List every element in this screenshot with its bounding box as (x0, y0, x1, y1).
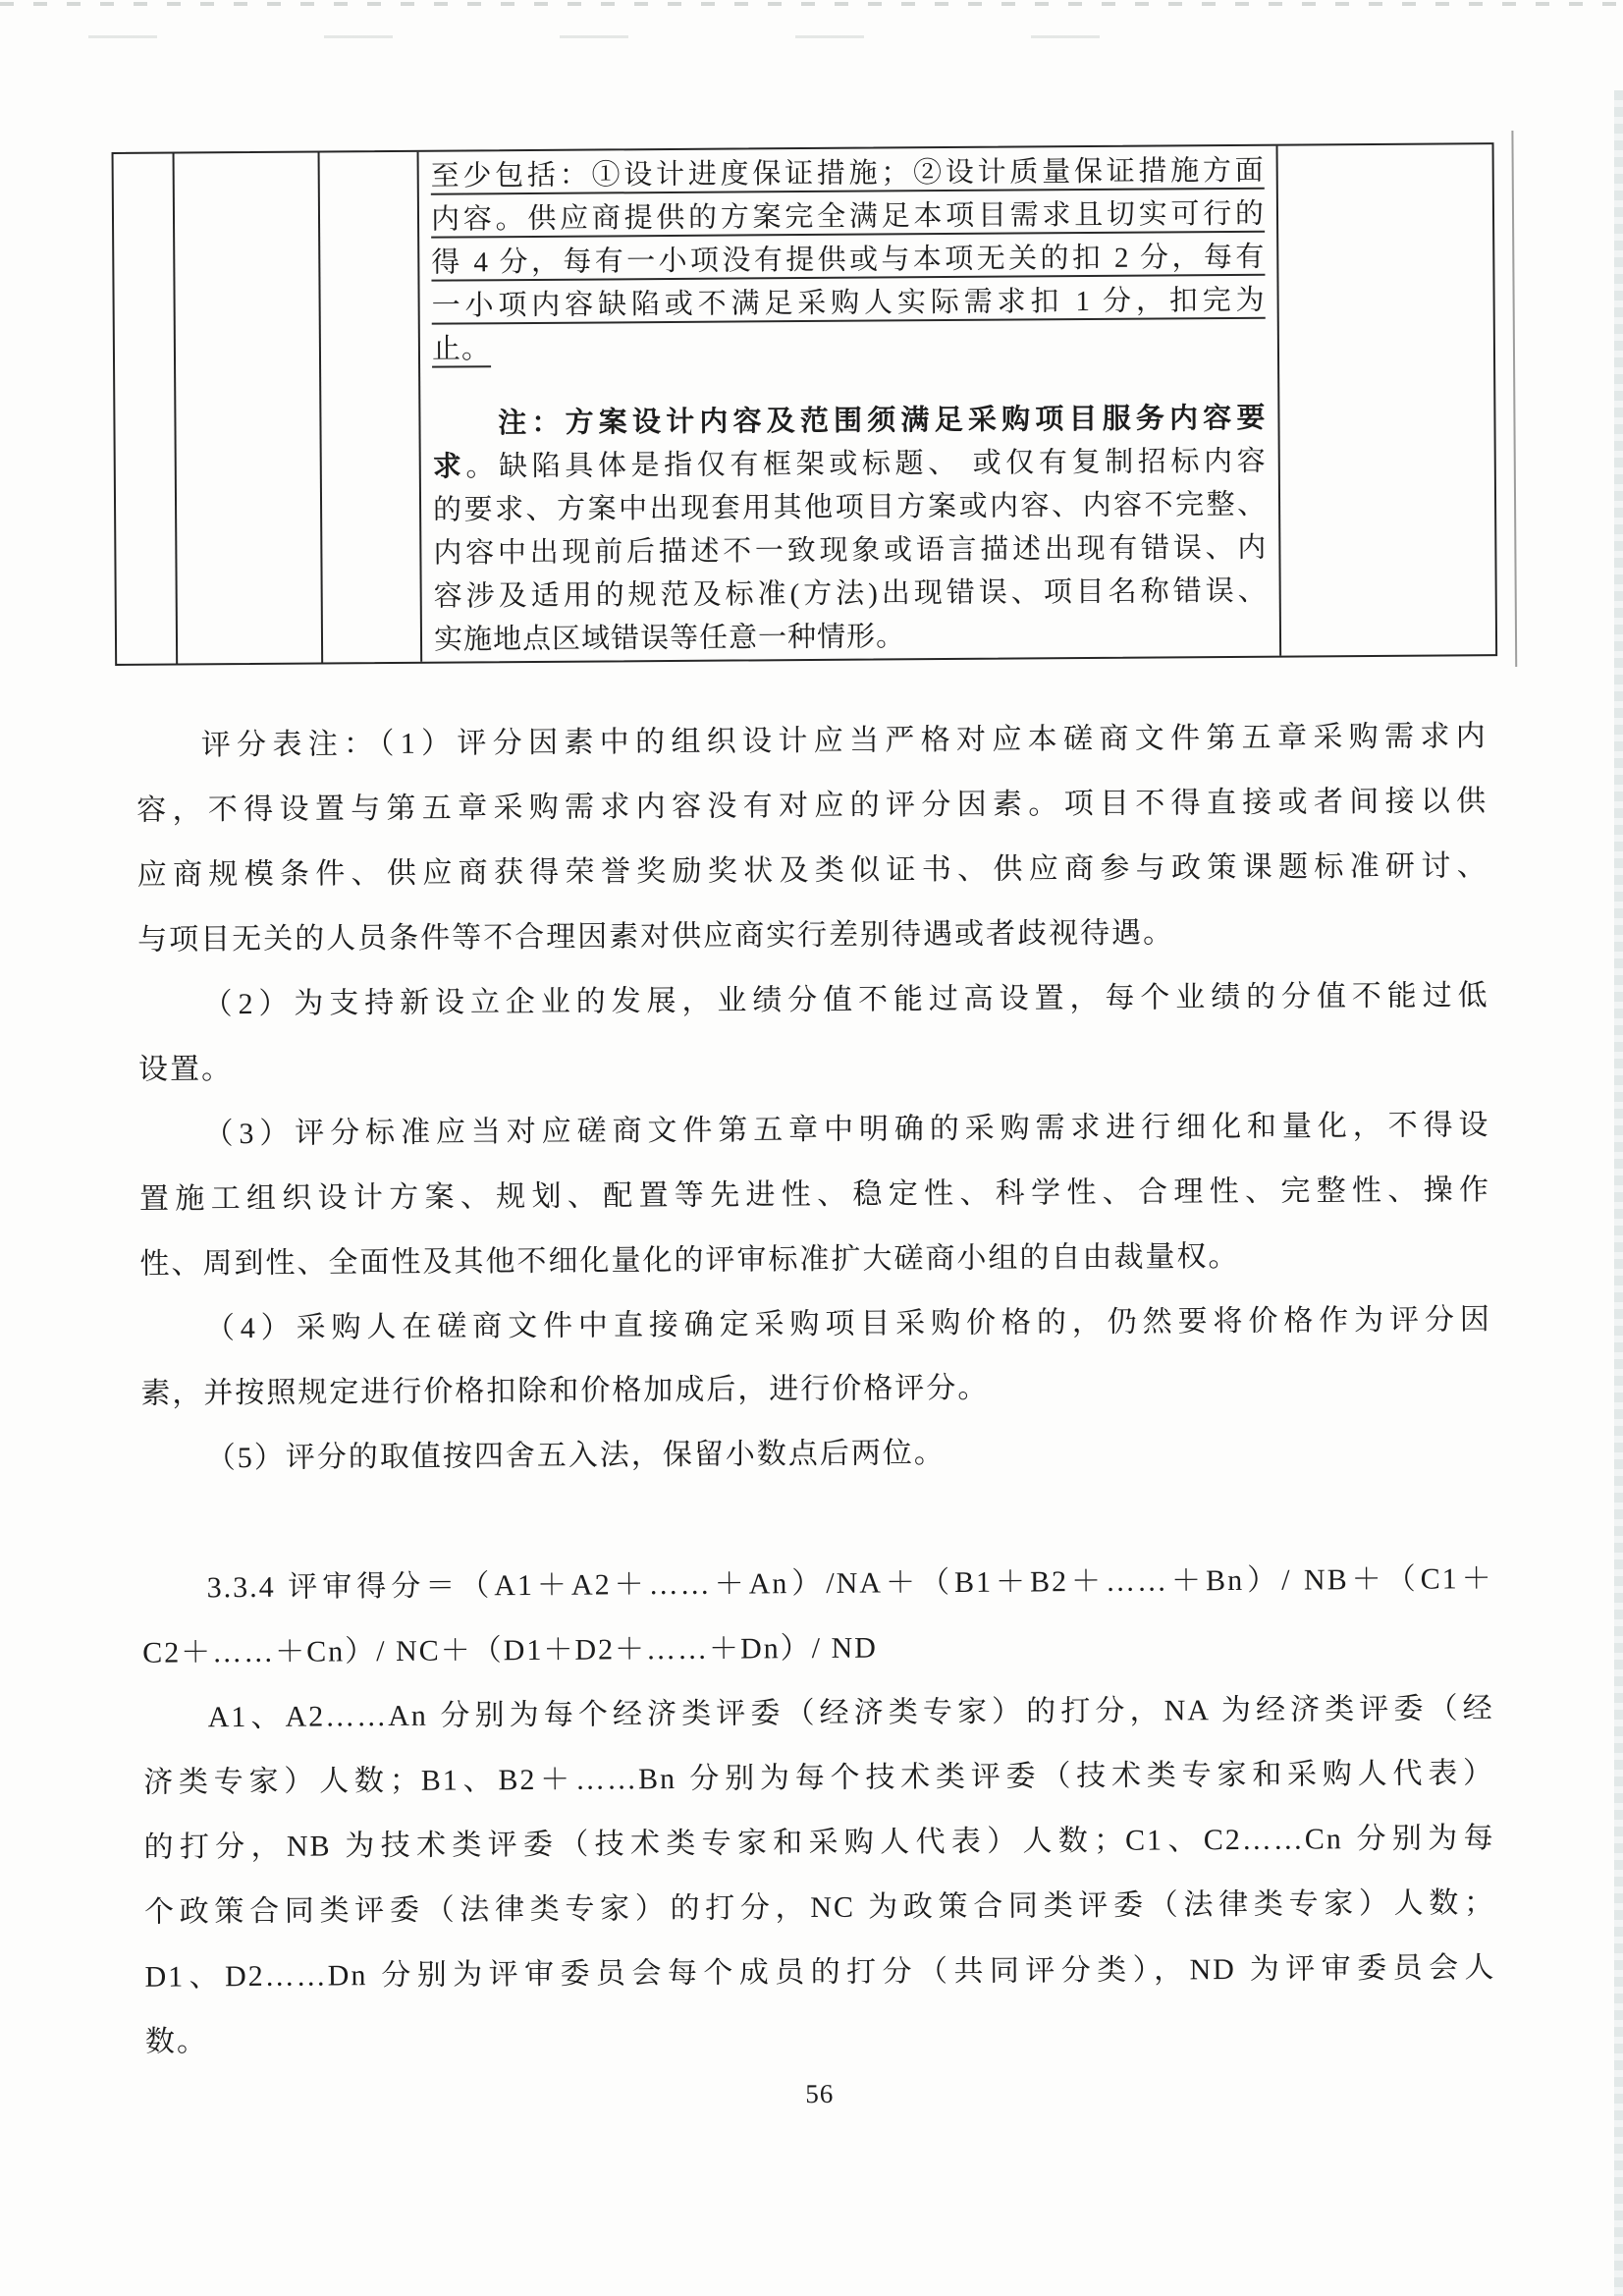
text-line: 内容中出现前后描述不一致现象或语言描述出现有错误、内 (433, 526, 1267, 575)
text-line: 得 4 分，每有一小项没有提供或与本项无关的扣 2 分，每有 (431, 236, 1265, 285)
scan-vertical-line-artifact (1511, 131, 1517, 667)
text-line: 的打分，NB 为技术类评委（技术类专家和采购人代表）人数；C1、C2……Cn 分… (143, 1806, 1494, 1881)
text-line: （2）为支持新设立企业的发展，业绩分值不能过高设置，每个业绩的分值不能过低 (137, 963, 1488, 1038)
table-cell-empty-3 (320, 152, 423, 663)
text-line: 求。缺陷具体是指仅有框架或标题、 或仅有复制招标内容 (433, 440, 1267, 489)
text-line: 止。 (432, 322, 1266, 371)
text-line: 个政策合同类评委（法律类专家）的打分，NC 为政策合同类评委（法律类专家）人数； (144, 1871, 1495, 1945)
notes-section: 评分表注：（1）评分因素中的组织设计应当严格对应本磋商文件第五章采购需求内容，不… (136, 704, 1497, 2075)
text-line: 与项目无关的人员条件等不合理因素对供应商实行差别待遇或者歧视待遇。 (137, 899, 1488, 973)
paragraph: （5）评分的取值按四舍五入法，保留小数点后两位。 (141, 1417, 1492, 1492)
text-line: C2＋……＋Cn）/ NC＋（D1＋D2＋……＋Dn）/ ND (142, 1612, 1493, 1686)
text-line: （3）评分标准应当对应磋商文件第五章中明确的采购需求进行细化和量化，不得设 (138, 1093, 1489, 1168)
text-line: 容涉及适用的规范及标准(方法)出现错误、项目名称错误、 (434, 570, 1268, 619)
text-line: （5）评分的取值按四舍五入法，保留小数点后两位。 (141, 1417, 1492, 1492)
text-line: 应商规模条件、供应商获得荣誉奖励奖状及类似证书、供应商参与政策课题标准研讨、 (136, 834, 1488, 908)
paragraph: （4）采购人在磋商文件中直接确定采购项目采购价格的，仍然要将价格作为评分因素，并… (140, 1287, 1492, 1427)
evaluation-score-formula: 3.3.4 评审得分＝（A1＋A2＋……＋An）/NA＋（B1＋B2＋……＋Bn… (142, 1547, 1494, 1686)
text-line: 注：方案设计内容及范围须满足采购项目服务内容要 (432, 397, 1266, 446)
text-line: 容，不得设置与第五章采购需求内容没有对应的评分因素。项目不得直接或者间接以供 (136, 769, 1488, 844)
criteria-note-text: 注：方案设计内容及范围须满足采购项目服务内容要求。缺陷具体是指仅有框架或标题、 … (432, 397, 1268, 662)
text-line: 的要求、方案中出现套用其他项目方案或内容、内容不完整、 (433, 483, 1267, 532)
table-cell-empty-5 (1278, 144, 1496, 656)
criteria-underlined-text: 至少包括：①设计进度保证措施；②设计质量保证措施方面内容。供应商提供的方案完全满… (431, 149, 1267, 371)
text-line: 济类专家）人数；B1、B2＋……Bn 分别为每个技术类评委（技术类专家和采购人代… (143, 1741, 1494, 1816)
scoring-table-notes: 评分表注：（1）评分因素中的组织设计应当严格对应本磋商文件第五章采购需求内容，不… (136, 704, 1492, 1492)
text-line: 置施工组织设计方案、规划、配置等先进性、稳定性、科学性、合理性、完整性、操作 (139, 1158, 1490, 1232)
document-page: 至少包括：①设计进度保证措施；②设计质量保证措施方面内容。供应商提供的方案完全满… (0, 0, 1623, 2296)
text-line: 实施地点区域错误等任意一种情形。 (434, 613, 1268, 662)
text-line: 3.3.4 评审得分＝（A1＋A2＋……＋An）/NA＋（B1＋B2＋……＋Bn… (142, 1547, 1493, 1621)
text-line: D1、D2……Dn 分别为评审委员会每个成员的打分（共同评分类），ND 为评审委… (144, 1936, 1495, 2010)
text-line: 至少包括：①设计进度保证措施；②设计质量保证措施方面 (431, 149, 1265, 198)
table-cell-scoring-criteria: 至少包括：①设计进度保证措施；②设计质量保证措施方面内容。供应商提供的方案完全满… (419, 146, 1282, 662)
text-line: 评分表注：（1）评分因素中的组织设计应当严格对应本磋商文件第五章采购需求内 (136, 704, 1488, 779)
paragraph: （3）评分标准应当对应磋商文件第五章中明确的采购需求进行细化和量化，不得设置施工… (138, 1093, 1490, 1297)
text-line: 设置。 (138, 1028, 1489, 1103)
scoring-table: 至少包括：①设计进度保证措施；②设计质量保证措施方面内容。供应商提供的方案完全满… (112, 142, 1498, 666)
text-line: 一小项内容缺陷或不满足采购人实际需求扣 1 分，扣完为 (431, 279, 1265, 328)
page-number: 56 (8, 2060, 1623, 2127)
text-line: A1、A2……An 分别为每个经济类评委（经济类专家）的打分，NA 为经济类评委… (142, 1676, 1493, 1751)
text-line: （4）采购人在磋商文件中直接确定采购项目采购价格的，仍然要将价格作为评分因 (140, 1287, 1491, 1362)
table-cell-empty-2 (175, 152, 324, 663)
text-line: 性、周到性、全面性及其他不细化量化的评审标准扩大磋商小组的自由裁量权。 (139, 1223, 1490, 1297)
text-line: 内容。供应商提供的方案完全满足本项目需求且切实可行的 (431, 192, 1265, 242)
text-line: 素，并按照规定进行价格扣除和价格加成后，进行价格评分。 (140, 1352, 1491, 1427)
formula-explanation: A1、A2……An 分别为每个经济类评委（经济类专家）的打分，NA 为经济类评委… (142, 1676, 1496, 2075)
paragraph: 评分表注：（1）评分因素中的组织设计应当严格对应本磋商文件第五章采购需求内容，不… (136, 704, 1489, 973)
table-cell-empty-1 (114, 154, 179, 664)
paragraph: （2）为支持新设立企业的发展，业绩分值不能过高设置，每个业绩的分值不能过低设置。 (137, 963, 1489, 1103)
